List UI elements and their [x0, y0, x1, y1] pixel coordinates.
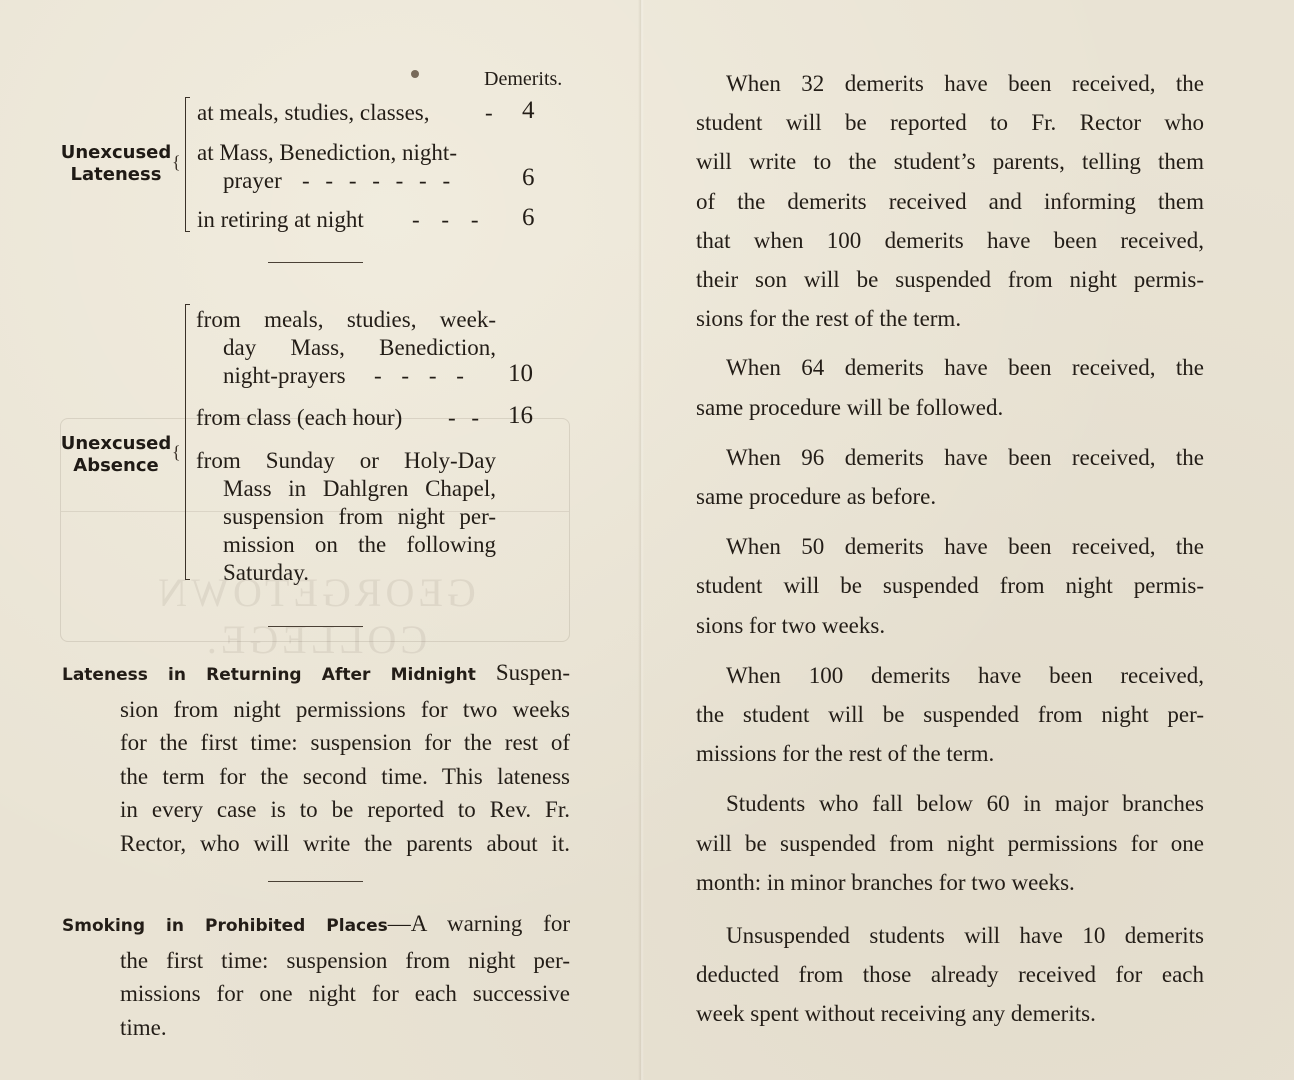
section-divider	[268, 881, 363, 882]
demerit-value: 10	[508, 360, 533, 388]
absence-item-sunday-cont: mission on the following	[223, 531, 496, 559]
absence-item-class: from class (each hour)	[196, 404, 402, 432]
center-fold	[638, 0, 644, 1080]
paragraph-unsuspended: Unsuspended students will have 10 demeri…	[696, 916, 1204, 1034]
lateness-item-mass-cont: prayer	[223, 167, 282, 195]
absence-item-meals-cont: day Mass, Benediction,	[223, 334, 496, 362]
leader-dots: -	[485, 99, 493, 127]
paragraph-64-demerits: When 64 demerits have been received, the…	[696, 348, 1204, 426]
stamp-text: GEORGETOWN COLLEGE.	[61, 569, 569, 663]
demerit-value: 4	[522, 97, 535, 125]
demerit-value: 16	[508, 402, 533, 430]
ink-spot	[411, 70, 419, 78]
absence-brace	[185, 304, 186, 580]
absence-brace-tip: {	[172, 442, 181, 463]
rule-heading: Smoking in Prohibited Places	[62, 916, 388, 936]
leader-dots: - -	[448, 404, 479, 432]
absence-item-sunday: from Sunday or Holy-Day	[196, 447, 496, 475]
section-divider	[268, 626, 363, 627]
leader-dots: - - - -	[374, 362, 464, 390]
demerit-value: 6	[522, 204, 535, 232]
paragraph-96-demerits: When 96 demerits have been received, the…	[696, 438, 1204, 516]
paragraph-50-demerits: When 50 demerits have been received, the…	[696, 527, 1204, 645]
unexcused-absence-label: Unexcused Absence	[60, 433, 172, 477]
rule-heading: Lateness in Returning After Midnight	[62, 665, 476, 685]
paragraph-32-demerits: When 32 demerits have been received, the…	[696, 64, 1204, 338]
lateness-after-midnight-rule: Lateness in Returning After Midnight Sus…	[62, 656, 570, 860]
leader-dots: - - -	[412, 206, 478, 234]
lateness-item-retiring: in retiring at night	[197, 206, 364, 234]
demerits-column-header: Demerits.	[484, 68, 562, 91]
lateness-item-mass: at Mass, Benediction, night-	[197, 139, 457, 167]
absence-item-sunday-cont: Saturday.	[223, 559, 309, 587]
section-divider	[268, 262, 363, 263]
lateness-brace	[185, 97, 186, 232]
absence-item-sunday-cont: Mass in Dahlgren Chapel,	[223, 475, 496, 503]
right-page: When 32 demerits have been received, the…	[696, 64, 1204, 1034]
paragraph-100-demerits: When 100 demerits have been received, th…	[696, 656, 1204, 774]
lateness-brace-tip: {	[172, 152, 181, 173]
absence-item-meals: from meals, studies, week-	[196, 306, 496, 334]
paragraph-below-60: Students who fall below 60 in major bran…	[696, 784, 1204, 902]
smoking-rule: Smoking in Prohibited Places—A warning f…	[62, 907, 570, 1044]
lateness-item-meals: at meals, studies, classes,	[197, 99, 430, 127]
absence-item-meals-cont: night-prayers	[223, 362, 346, 390]
absence-item-sunday-cont: suspension from night per-	[223, 503, 496, 531]
leader-dots: - - - - - - -	[302, 167, 450, 195]
unexcused-lateness-label: Unexcused Lateness	[60, 142, 172, 186]
demerit-value: 6	[522, 164, 535, 192]
